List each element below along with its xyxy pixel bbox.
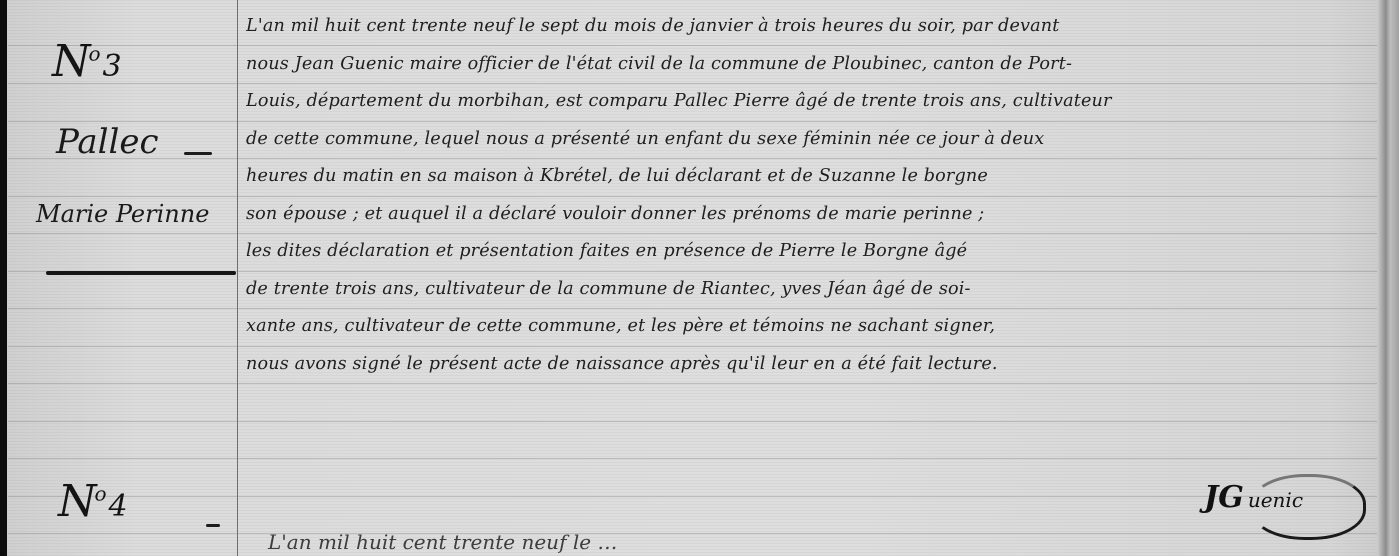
body-line-9: xante ans, cultivateur de cette commune,… bbox=[246, 308, 1372, 346]
margin-column: No3 Pallec Marie Perinne No4 bbox=[8, 0, 236, 556]
body-line-8: de trente trois ans, cultivateur de la c… bbox=[246, 271, 1372, 309]
next-entry-number-value: 4 bbox=[109, 489, 126, 524]
signature-text: JGuenic bbox=[1204, 480, 1303, 515]
next-entry-number-prefix: N bbox=[58, 476, 95, 527]
body-line-5: heures du matin en sa maison à Kbrétel, … bbox=[246, 158, 1372, 196]
signature-name: uenic bbox=[1248, 488, 1303, 512]
entry-body-text: L'an mil huit cent trente neuf le sept d… bbox=[246, 8, 1372, 383]
next-entry-fragment: L'an mil huit cent trente neuf le … bbox=[268, 530, 617, 554]
entry-number-superscript: o bbox=[89, 41, 99, 65]
body-line-3: Louis, département du morbihan, est comp… bbox=[246, 83, 1372, 121]
signature-initial: JG bbox=[1204, 480, 1244, 515]
surname-dash bbox=[184, 152, 212, 155]
page-right-edge bbox=[1377, 0, 1399, 556]
body-line-4: de cette commune, lequel nous a présenté… bbox=[246, 121, 1372, 159]
entry-surname: Pallec bbox=[56, 122, 159, 162]
body-line-10: nous avons signé le présent acte de nais… bbox=[246, 346, 1372, 384]
page-binding-edge bbox=[0, 0, 7, 556]
entry-number-value: 3 bbox=[103, 49, 120, 84]
body-line-7: les dites déclaration et présentation fa… bbox=[246, 233, 1372, 271]
entry-given-names: Marie Perinne bbox=[36, 200, 209, 228]
next-entry-dash bbox=[206, 524, 220, 527]
body-line-1: L'an mil huit cent trente neuf le sept d… bbox=[246, 8, 1372, 46]
next-entry-number-superscript: o bbox=[95, 481, 105, 505]
entry-number: No3 bbox=[52, 36, 120, 87]
body-line-6: son épouse ; et auquel il a déclaré voul… bbox=[246, 196, 1372, 234]
next-entry-number: No4 bbox=[58, 476, 126, 527]
body-line-2: nous Jean Guenic maire officier de l'éta… bbox=[246, 46, 1372, 84]
entry-number-prefix: N bbox=[52, 36, 89, 87]
entry-separator-line bbox=[46, 271, 236, 275]
register-page: No3 Pallec Marie Perinne No4 L'an mil hu… bbox=[0, 0, 1399, 556]
mayor-signature: JGuenic bbox=[1190, 466, 1360, 538]
